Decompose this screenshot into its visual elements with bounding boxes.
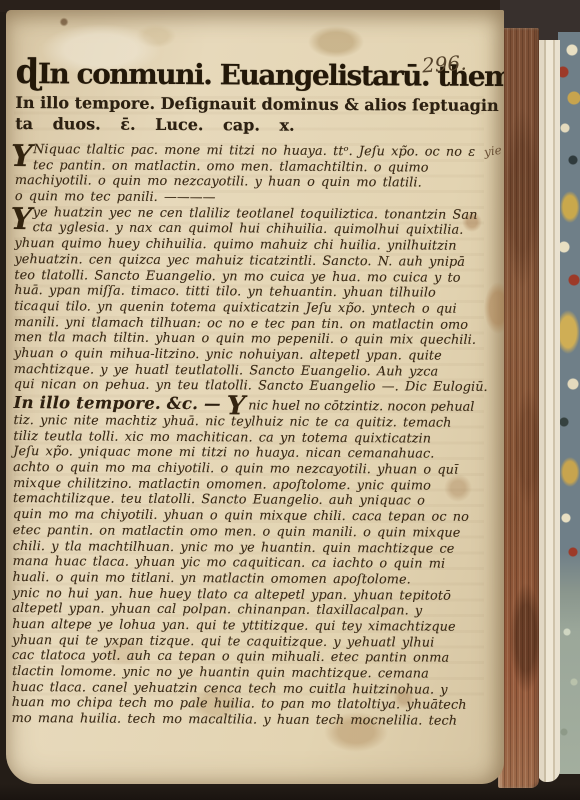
- paragraph-2: Y ye huatzin yec ne cen tlaliliz teotlan…: [14, 205, 477, 396]
- title-initial: ɖ: [15, 52, 38, 92]
- manuscript-line: mo mana huilia. tech mo macaltilia. y hu…: [12, 711, 474, 730]
- paragraph-2-lines: ye huatzin yec ne cen tlaliliz teotlanel…: [14, 205, 477, 396]
- page-edge-sliver: [538, 40, 560, 782]
- paragraph-1: Y Niquac tlaltic pac. mone mi titzi no h…: [15, 142, 477, 208]
- text-block: ɖIn conmuni. Euangelistarū. them. In ill…: [12, 10, 478, 730]
- latin-incipit-line2: ta duos. ɛ̄. Luce. cap. x.: [15, 113, 477, 137]
- paragraph-1-lines: Niquac tlaltic pac. mone mi titzi no hua…: [15, 142, 477, 208]
- manuscript-page: ɖIn conmuni. Euangelistarū. them. In ill…: [6, 10, 504, 784]
- book-fore-edge: [498, 28, 539, 788]
- marbled-endpaper: [558, 32, 580, 774]
- folio-number: 296.: [421, 50, 467, 77]
- manuscript-photo: ɖIn conmuni. Euangelistarū. them. In ill…: [0, 0, 580, 800]
- paragraph-3: In illo tempore. &c. —Ynic huel no cōtzi…: [12, 393, 476, 730]
- gospel-heading-line: In illo tempore. &c. —Ynic huel no cōtzi…: [14, 393, 476, 416]
- page-title: ɖIn conmuni. Euangelistarū. them.: [15, 52, 477, 95]
- drop-cap: Y: [11, 144, 30, 170]
- nahuatl-body: Y Niquac tlaltic pac. mone mi titzi no h…: [12, 142, 478, 730]
- margin-note: yie: [483, 143, 502, 159]
- latin-incipit-line1: In illo tempore. Deſignauit dominus & al…: [15, 92, 477, 116]
- drop-cap: Y: [11, 207, 30, 233]
- gospel-heading: In illo tempore. &c. —: [14, 393, 221, 413]
- paragraph-3-lines: tiz. ynic nite machtiz yhuā. nic teylhui…: [12, 413, 476, 730]
- heading-line-rest: nic huel no cōtzintiz. nocon pehual: [248, 398, 474, 414]
